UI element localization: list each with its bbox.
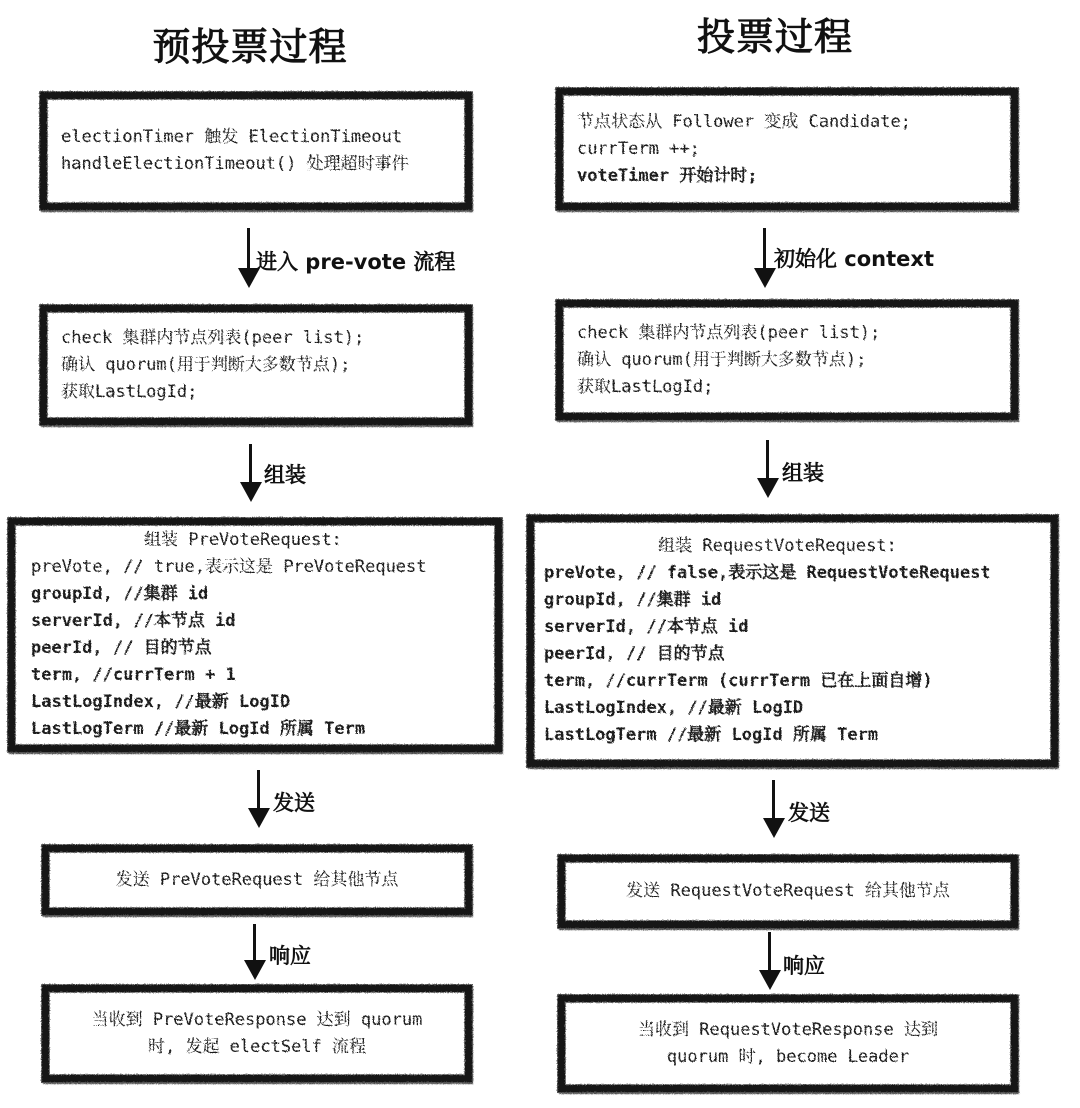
arrowhead-icon (754, 268, 776, 288)
title-vote-process: 投票过程 (697, 6, 853, 61)
box-line: 发送 PreVoteRequest 给其他节点 (49, 867, 465, 894)
box-line: groupId, //集群 id (31, 581, 495, 608)
arrowhead-icon (244, 960, 266, 980)
right-arrow-send (762, 780, 786, 840)
arrow-down-icon (253, 924, 256, 962)
left-box-prevote-response: 当收到 PreVoteResponse 达到 quorum 时, 发起 elec… (42, 985, 472, 1082)
box-line: peerId, // 目的节点 (544, 641, 1051, 668)
left-arrow-label-send: 发送 (273, 787, 315, 817)
arrowhead-icon (248, 808, 270, 828)
box-line: 确认 quorum(用于判断大多数节点); (61, 352, 465, 379)
right-arrow-label-assemble: 组装 (782, 457, 824, 487)
right-arrow-assemble (756, 440, 780, 500)
arrow-down-icon (249, 444, 252, 484)
right-box-become-candidate: 节点状态从 Follower 变成 Candidate; currTerm ++… (556, 88, 1018, 210)
box-line: 发送 RequestVoteRequest 给其他节点 (565, 878, 1011, 905)
arrow-down-icon (257, 770, 260, 810)
arrowhead-icon (240, 482, 262, 502)
box-line: preVote, // false,表示这是 RequestVoteReques… (544, 560, 1051, 587)
box-line: 节点状态从 Follower 变成 Candidate; (577, 109, 1011, 136)
left-arrow-assemble (239, 444, 263, 504)
box-line: 当收到 RequestVoteResponse 达到 (565, 1017, 1011, 1044)
box-line: voteTimer 开始计时; (577, 163, 1011, 190)
right-arrow-label-init-context: 初始化 context (774, 243, 934, 273)
left-arrow-response (243, 924, 267, 982)
box-line: LastLogIndex, //最新 LogID (544, 695, 1051, 722)
box-line: 获取LastLogId; (577, 374, 1011, 401)
left-arrow-label-response: 响应 (269, 940, 311, 970)
box-line: LastLogTerm //最新 LogId 所属 Term (31, 716, 495, 743)
left-box-send-prevote: 发送 PreVoteRequest 给其他节点 (42, 845, 472, 915)
box-line: check 集群内节点列表(peer list); (577, 320, 1011, 347)
box-line: handleElectionTimeout() 处理超时事件 (61, 151, 465, 178)
arrowhead-icon (763, 818, 785, 838)
arrow-down-icon (247, 228, 250, 270)
right-box-check-peers: check 集群内节点列表(peer list); 确认 quorum(用于判断… (556, 300, 1018, 420)
left-box-check-peers: check 集群内节点列表(peer list); 确认 quorum(用于判断… (40, 305, 472, 425)
box-line: electionTimer 触发 ElectionTimeout (61, 124, 465, 151)
box-line: check 集群内节点列表(peer list); (61, 325, 465, 352)
box-line: 获取LastLogId; (61, 379, 465, 406)
box-line: LastLogTerm //最新 LogId 所属 Term (544, 722, 1051, 749)
arrow-down-icon (763, 228, 766, 270)
box-line: serverId, //本节点 id (31, 608, 495, 635)
left-arrow-send (247, 770, 271, 830)
right-arrow-label-send: 发送 (788, 797, 830, 827)
box-line: serverId, //本节点 id (544, 614, 1051, 641)
left-box-election-timeout: electionTimer 触发 ElectionTimeout handleE… (40, 92, 472, 210)
title-pre-vote-process: 预投票过程 (152, 16, 347, 71)
box-heading: 组装 RequestVoteRequest: (544, 533, 1051, 560)
box-line: quorum 时, become Leader (565, 1044, 1011, 1071)
left-arrow-label-assemble: 组装 (264, 459, 306, 489)
left-arrow-label-enter-prevote: 进入 pre-vote 流程 (256, 246, 455, 276)
box-heading: 组装 PreVoteRequest: (31, 527, 495, 554)
box-line: peerId, // 目的节点 (31, 635, 495, 662)
left-box-prevote-request: 组装 PreVoteRequest: preVote, // true,表示这是… (8, 518, 502, 752)
arrowhead-icon (757, 478, 779, 498)
right-box-requestvote-response: 当收到 RequestVoteResponse 达到 quorum 时, bec… (558, 995, 1018, 1092)
box-line: term, //currTerm (currTerm 已在上面自增) (544, 668, 1051, 695)
box-line: term, //currTerm + 1 (31, 662, 495, 689)
right-arrow-label-response: 响应 (783, 950, 825, 980)
arrowhead-icon (759, 970, 781, 990)
right-arrow-response (758, 932, 782, 992)
arrow-down-icon (766, 440, 769, 480)
box-line: 时, 发起 electSelf 流程 (49, 1034, 465, 1061)
right-box-requestvote-request: 组装 RequestVoteRequest: preVote, // false… (527, 515, 1058, 767)
box-line: 确认 quorum(用于判断大多数节点); (577, 347, 1011, 374)
box-line: LastLogIndex, //最新 LogID (31, 689, 495, 716)
box-line: groupId, //集群 id (544, 587, 1051, 614)
arrow-down-icon (772, 780, 775, 820)
arrow-down-icon (768, 932, 771, 972)
box-line: currTerm ++; (577, 136, 1011, 163)
box-line: preVote, // true,表示这是 PreVoteRequest (31, 554, 495, 581)
right-box-send-requestvote: 发送 RequestVoteRequest 给其他节点 (558, 855, 1018, 928)
box-line: 当收到 PreVoteResponse 达到 quorum (49, 1007, 465, 1034)
